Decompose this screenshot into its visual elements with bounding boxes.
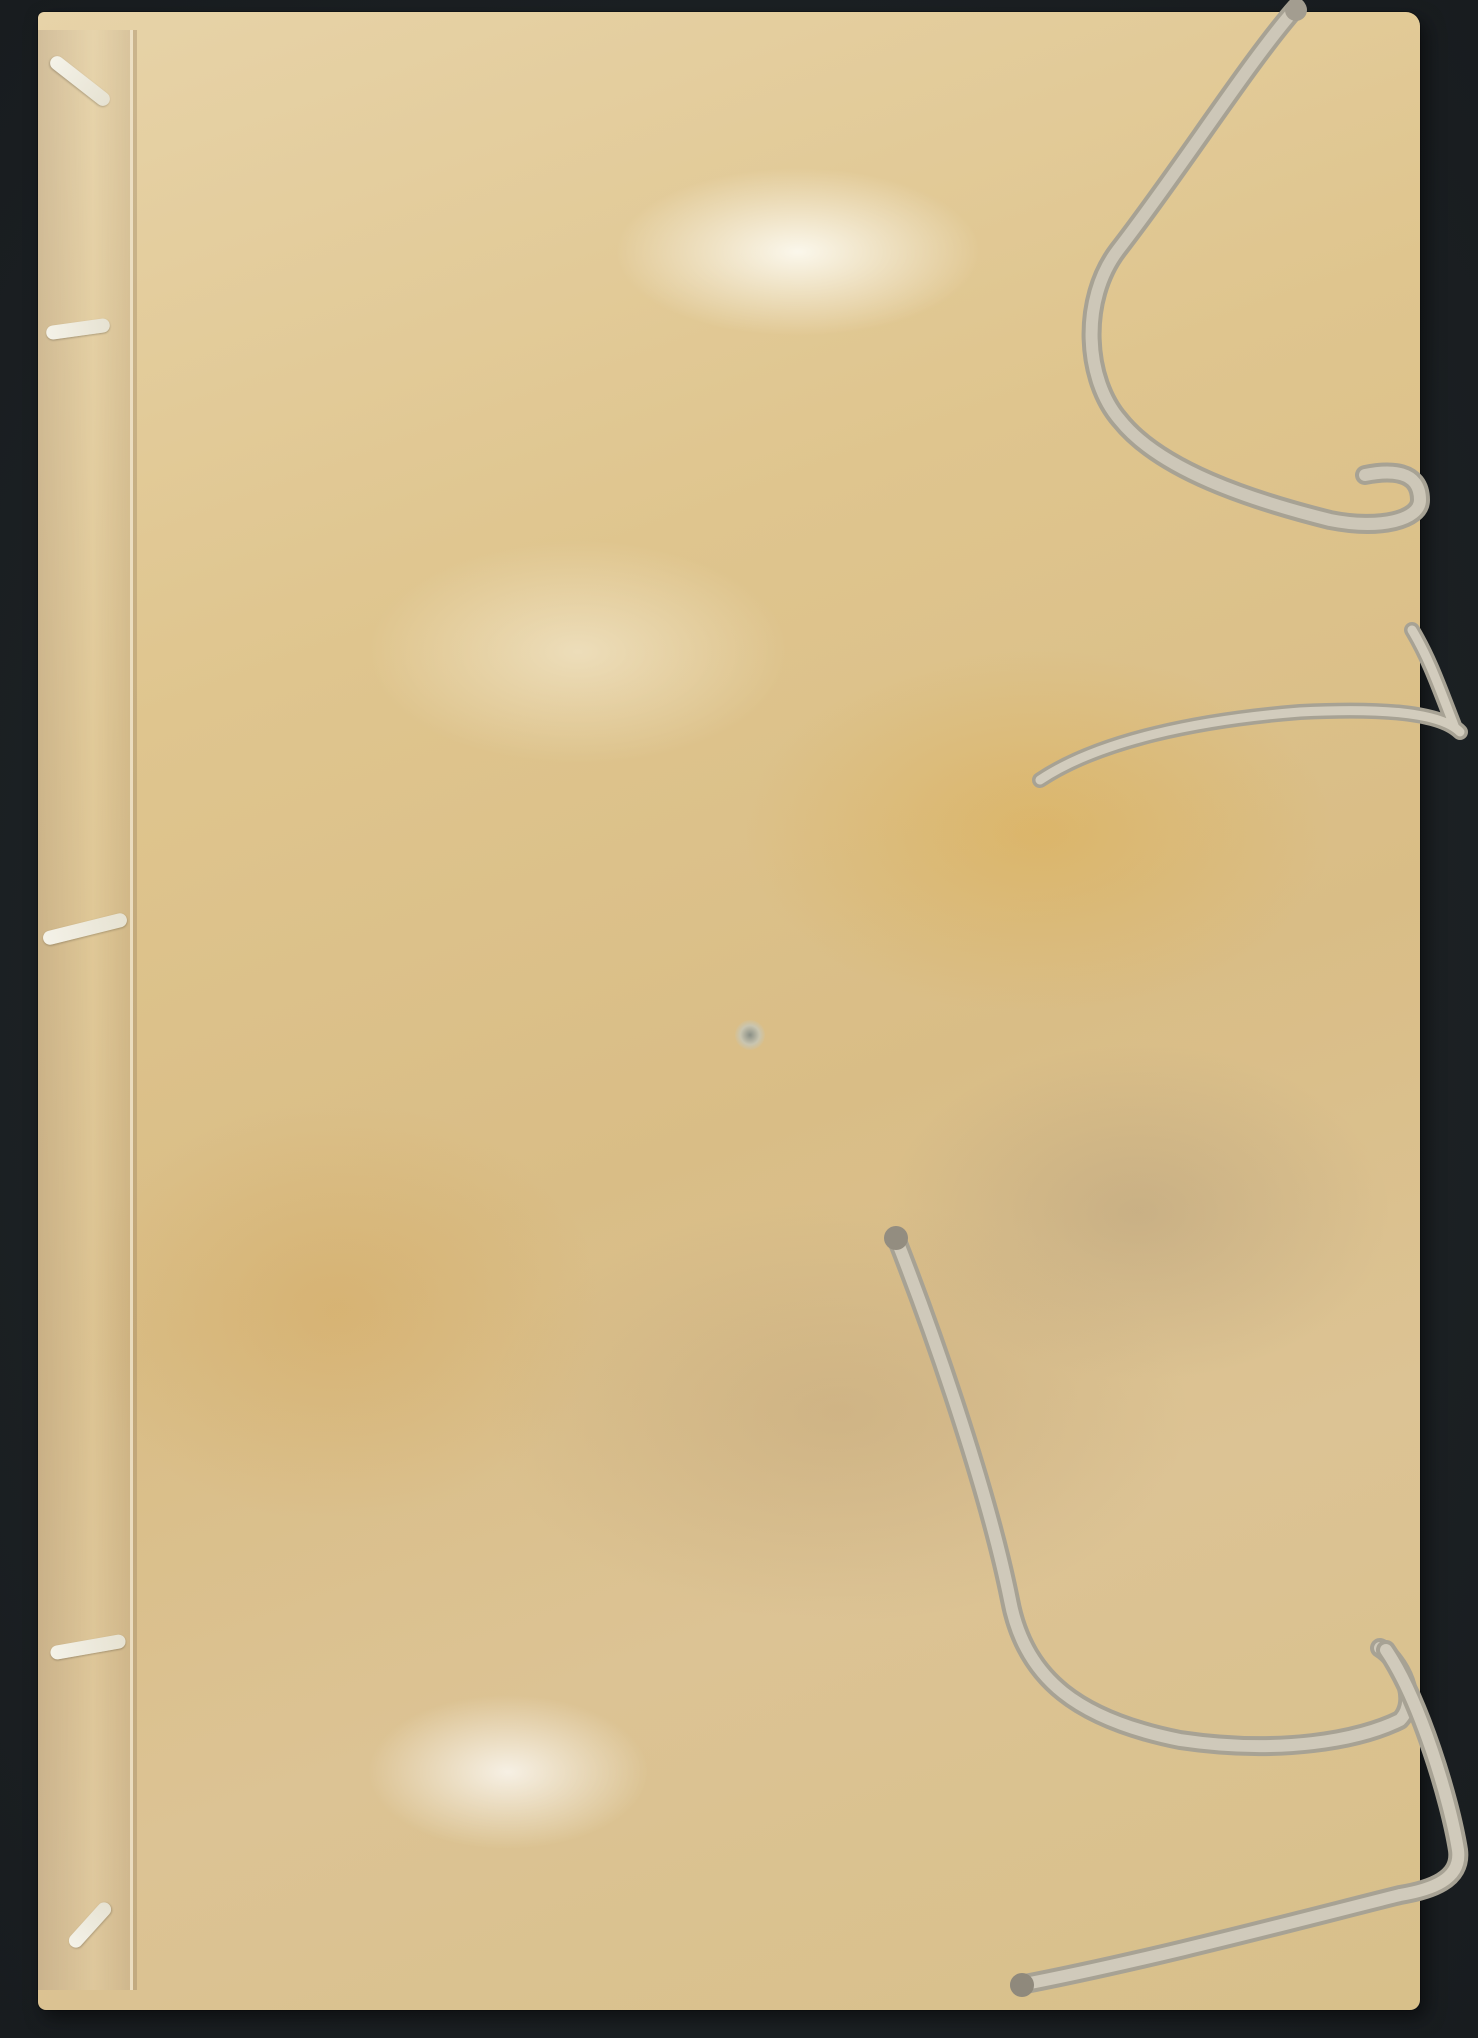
fabric-ties	[0, 0, 1478, 2038]
photo-scene: Limp vellum book cover with fabric ties	[0, 0, 1478, 2038]
